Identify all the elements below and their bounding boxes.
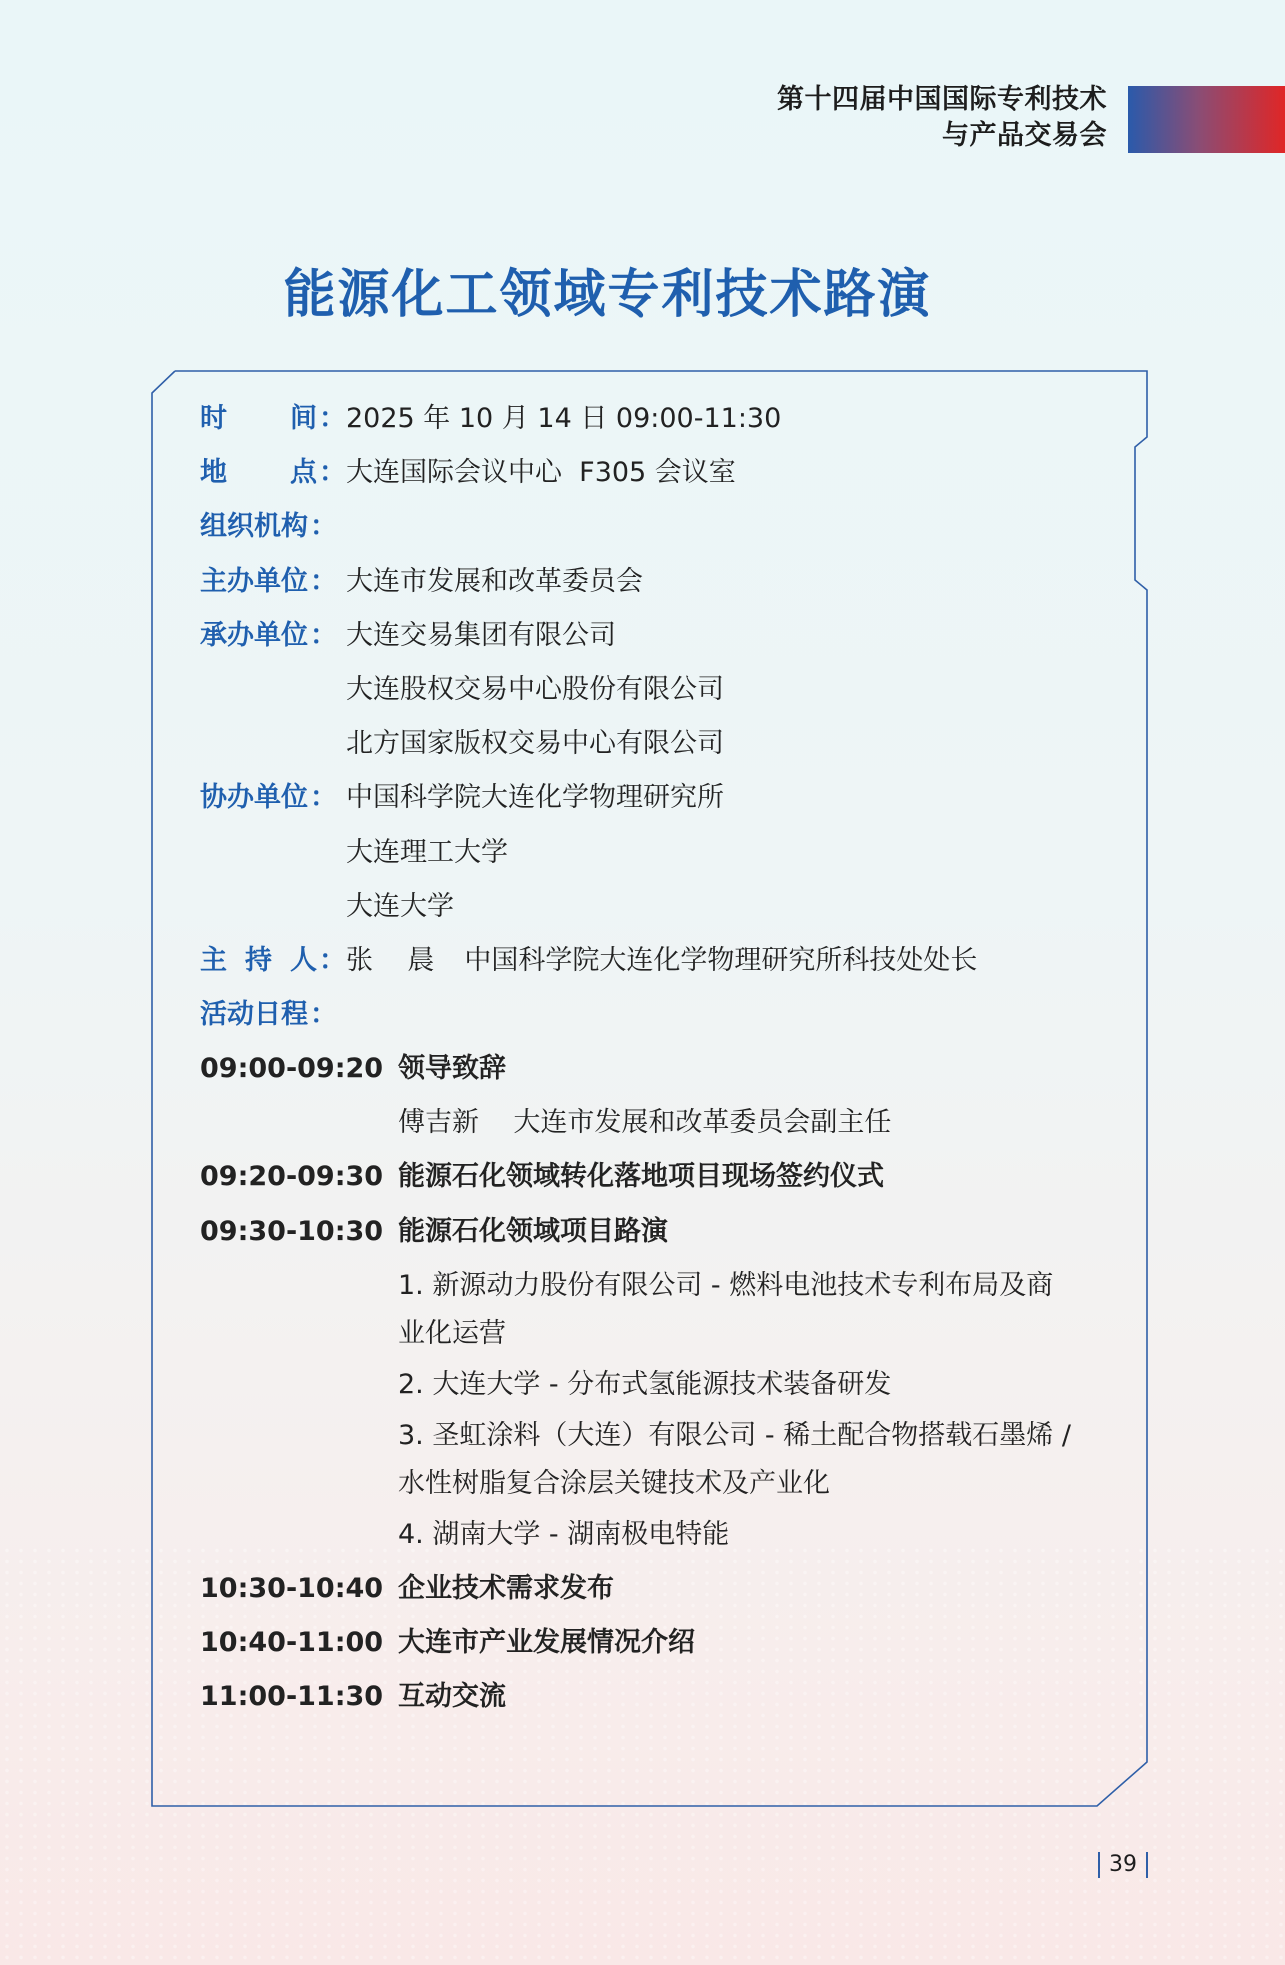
page-title: 能源化工领域专利技术路演 — [0, 252, 1285, 327]
info-row-organizer-2: 大连股权交易中心股份有限公司 — [200, 663, 1120, 717]
host-label: 主办单位： — [200, 555, 346, 609]
schedule-title: 领导致辞 — [398, 1042, 506, 1096]
moderator-name: 张 晨 — [346, 934, 434, 988]
roadshow-item: 4. 湖南大学 - 湖南极电特能 — [200, 1511, 1120, 1559]
place-label: 地 点： — [200, 446, 346, 500]
org-label: 组织机构： — [200, 500, 346, 554]
co-organizer-value: 大连大学 — [346, 880, 454, 934]
schedule-time: 10:30-10:40 — [200, 1562, 398, 1616]
schedule-item: 10:40-11:00 大连市产业发展情况介绍 — [200, 1616, 1120, 1670]
schedule-time: 10:40-11:00 — [200, 1616, 398, 1670]
info-row-co-organizer-3: 大连大学 — [200, 880, 1120, 934]
schedule-title: 能源石化领域项目路演 — [398, 1205, 668, 1259]
time-label: 时 间： — [200, 392, 346, 446]
info-row-co-organizer: 协办单位： 中国科学院大连化学物理研究所 — [200, 771, 1120, 825]
event-info: 时 间： 2025 年 10 月 14 日 09:00-11:30 地 点： 大… — [200, 392, 1120, 1724]
schedule-time: 09:30-10:30 — [200, 1205, 398, 1259]
schedule-time: 09:20-09:30 — [200, 1150, 398, 1204]
expo-title-line1: 第十四届中国国际专利技术 — [777, 82, 1107, 118]
schedule-item: 09:20-09:30 能源石化领域转化落地项目现场签约仪式 — [200, 1150, 1120, 1204]
schedule-item: 11:00-11:30 互动交流 — [200, 1670, 1120, 1724]
schedule-item: 09:30-10:30 能源石化领域项目路演 — [200, 1205, 1120, 1259]
schedule-time: 11:00-11:30 — [200, 1670, 398, 1724]
info-row-schedule: 活动日程： — [200, 988, 1120, 1042]
time-value: 2025 年 10 月 14 日 09:00-11:30 — [346, 392, 781, 446]
co-organizer-label: 协办单位： — [200, 771, 346, 825]
schedule-time: 09:00-09:20 — [200, 1042, 398, 1096]
schedule-title: 大连市产业发展情况介绍 — [398, 1616, 695, 1670]
place-value: 大连国际会议中心 F305 会议室 — [346, 446, 736, 500]
organizer-value: 大连交易集团有限公司 — [346, 609, 616, 663]
schedule-item: 09:00-09:20 领导致辞 — [200, 1042, 1120, 1096]
schedule-title: 企业技术需求发布 — [398, 1562, 614, 1616]
schedule-list: 09:00-09:20 领导致辞 傅吉新 大连市发展和改革委员会副主任 09:2… — [200, 1042, 1120, 1724]
schedule-title: 互动交流 — [398, 1670, 506, 1724]
roadshow-item: 1. 新源动力股份有限公司 - 燃料电池技术专利布局及商 业化运营 — [200, 1262, 1120, 1358]
moderator-title: 中国科学院大连化学物理研究所科技处处长 — [464, 934, 977, 988]
host-value: 大连市发展和改革委员会 — [346, 555, 643, 609]
co-organizer-value: 中国科学院大连化学物理研究所 — [346, 771, 724, 825]
info-row-time: 时 间： 2025 年 10 月 14 日 09:00-11:30 — [200, 392, 1120, 446]
expo-title-line2: 与产品交易会 — [777, 118, 1107, 154]
info-row-moderator: 主 持 人： 张 晨 中国科学院大连化学物理研究所科技处处长 — [200, 934, 1120, 988]
info-row-organizer-3: 北方国家版权交易中心有限公司 — [200, 717, 1120, 771]
info-row-organizer: 承办单位： 大连交易集团有限公司 — [200, 609, 1120, 663]
moderator-label: 主 持 人： — [200, 934, 346, 988]
info-row-host: 主办单位： 大连市发展和改革委员会 — [200, 555, 1120, 609]
roadshow-item: 3. 圣虹涂料（大连）有限公司 - 稀土配合物搭载石墨烯 / 水性树脂复合涂层关… — [200, 1412, 1120, 1508]
co-organizer-value: 大连理工大学 — [346, 826, 508, 880]
schedule-speaker: 傅吉新 大连市发展和改革委员会副主任 — [200, 1096, 1120, 1150]
expo-title: 第十四届中国国际专利技术 与产品交易会 — [777, 82, 1107, 154]
organizer-label: 承办单位： — [200, 609, 346, 663]
schedule-title: 能源石化领域转化落地项目现场签约仪式 — [398, 1150, 884, 1204]
schedule-item: 10:30-10:40 企业技术需求发布 — [200, 1562, 1120, 1616]
info-row-org: 组织机构： — [200, 500, 1120, 554]
page-number: 39 — [1098, 1852, 1148, 1878]
organizer-value: 大连股权交易中心股份有限公司 — [346, 663, 724, 717]
schedule-label: 活动日程： — [200, 988, 346, 1042]
roadshow-item: 2. 大连大学 - 分布式氢能源技术装备研发 — [200, 1361, 1120, 1409]
info-row-place: 地 点： 大连国际会议中心 F305 会议室 — [200, 446, 1120, 500]
info-row-co-organizer-2: 大连理工大学 — [200, 826, 1120, 880]
organizer-value: 北方国家版权交易中心有限公司 — [346, 717, 724, 771]
header-gradient-bar — [1128, 86, 1285, 153]
